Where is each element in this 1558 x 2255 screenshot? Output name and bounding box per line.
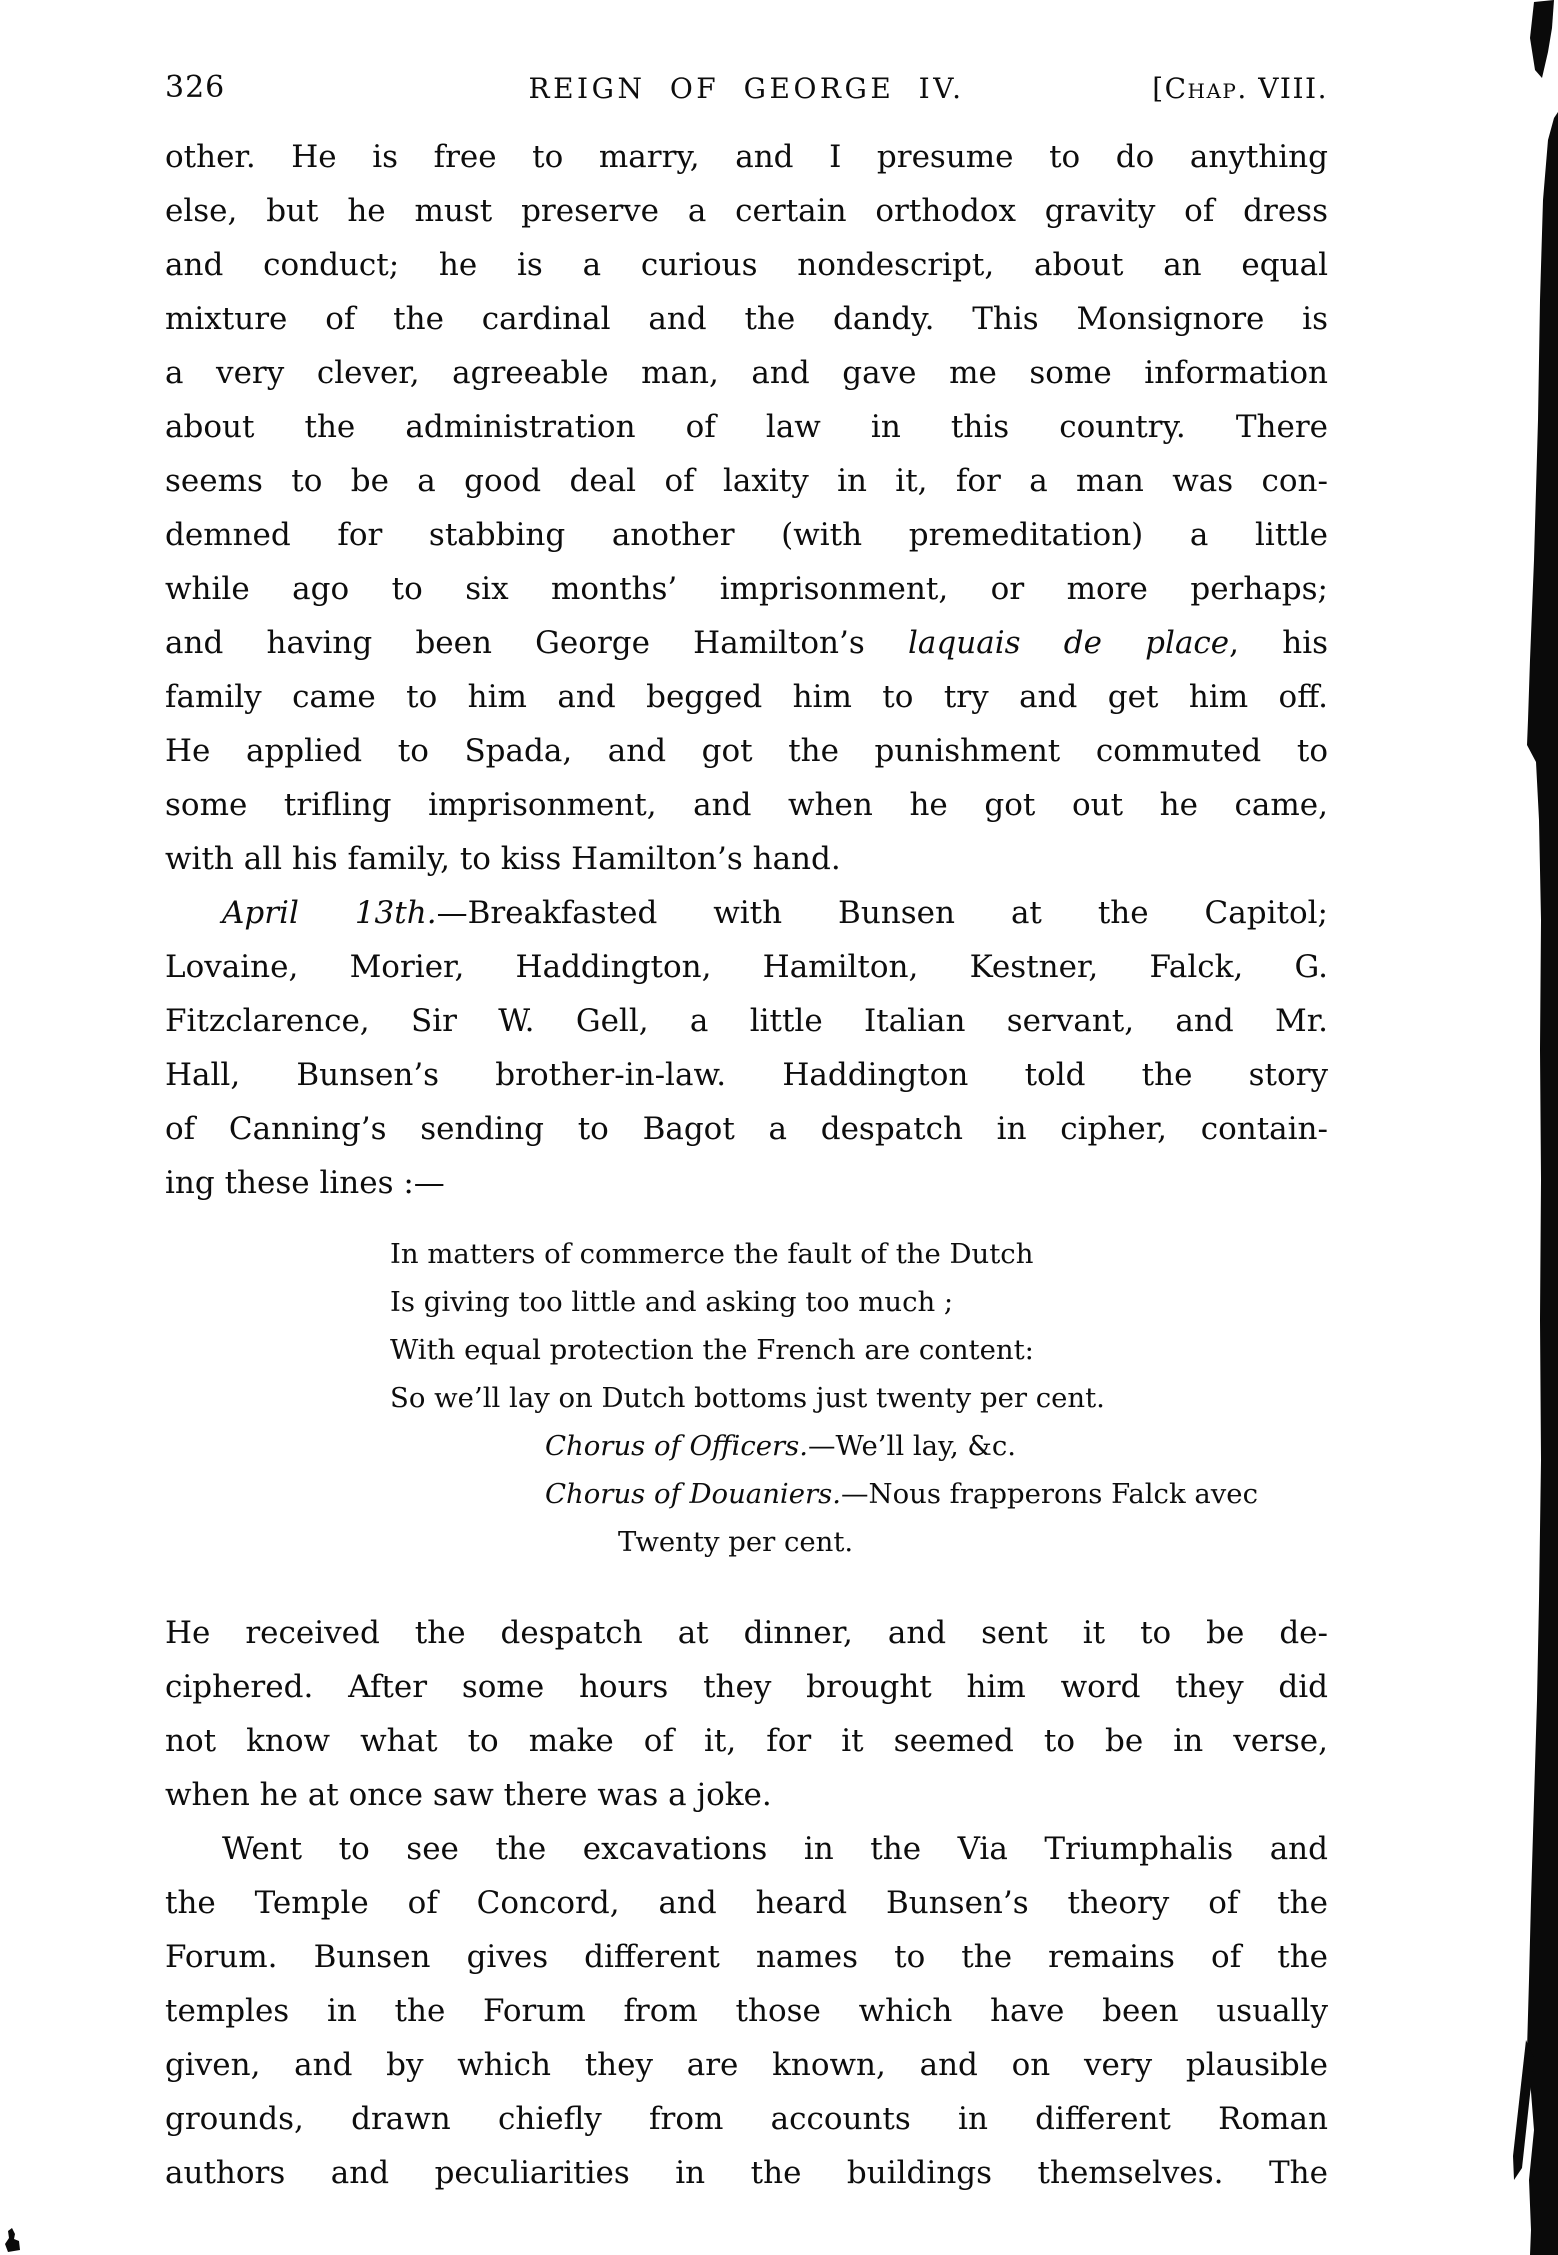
text-line: Is giving too little and asking too much… xyxy=(390,1278,1320,1326)
text-run: about the administration of law in this … xyxy=(165,409,1328,445)
text-line: and having been George Hamilton’s laquai… xyxy=(165,616,1328,670)
text-line: other. He is free to marry, and I presum… xyxy=(165,130,1328,184)
text-line: Lovaine, Morier, Haddington, Hamilton, K… xyxy=(165,940,1328,994)
text-line: and conduct; he is a curious nondescript… xyxy=(165,238,1328,292)
text-line: some trifling imprisonment, and when he … xyxy=(165,778,1328,832)
text-run: So we’ll lay on Dutch bottoms just twent… xyxy=(390,1382,1105,1414)
text-run: and conduct; he is a curious nondescript… xyxy=(165,247,1328,283)
book-page: 326 REIGN OF GEORGE IV. [Chap. VIII. oth… xyxy=(0,0,1558,2255)
text-run: ing these lines :— xyxy=(165,1165,445,1201)
text-line: seems to be a good deal of laxity in it,… xyxy=(165,454,1328,508)
text-run: —Nous frapperons Falck avec xyxy=(841,1478,1258,1510)
text-run: , his xyxy=(1229,625,1328,661)
text-line: authors and peculiarities in the buildin… xyxy=(165,2146,1328,2200)
text-line: Forum. Bunsen gives different names to t… xyxy=(165,1930,1328,1984)
text-line: the Temple of Concord, and heard Bunsen’… xyxy=(165,1876,1328,1930)
text-column: other. He is free to marry, and I presum… xyxy=(165,130,1328,2200)
text-run: Twenty per cent. xyxy=(618,1526,853,1558)
italic-text: Chorus of Officers. xyxy=(545,1430,808,1462)
text-line: grounds, drawn chiefly from accounts in … xyxy=(165,2092,1328,2146)
text-run: Lovaine, Morier, Haddington, Hamilton, K… xyxy=(165,949,1328,985)
text-run: while ago to six months’ imprisonment, o… xyxy=(165,571,1328,607)
verse-block: In matters of commerce the fault of the … xyxy=(390,1230,1320,1566)
text-line: He applied to Spada, and got the punishm… xyxy=(165,724,1328,778)
text-line: So we’ll lay on Dutch bottoms just twent… xyxy=(390,1374,1320,1422)
text-run: not know what to make of it, for it seem… xyxy=(165,1723,1328,1759)
text-run: He applied to Spada, and got the punishm… xyxy=(165,733,1328,769)
text-run: Fitzclarence, Sir W. Gell, a little Ital… xyxy=(165,1003,1328,1039)
text-run: a very clever, agreeable man, and gave m… xyxy=(165,355,1328,391)
text-run: He received the despatch at dinner, and … xyxy=(165,1615,1328,1651)
text-line: with all his family, to kiss Hamilton’s … xyxy=(165,832,1328,886)
text-run: other. He is free to marry, and I presum… xyxy=(165,139,1328,175)
text-line: Fitzclarence, Sir W. Gell, a little Ital… xyxy=(165,994,1328,1048)
text-line: given, and by which they are known, and … xyxy=(165,2038,1328,2092)
text-run: Is giving too little and asking too much… xyxy=(390,1286,953,1318)
text-run: family came to him and begged him to try… xyxy=(165,679,1328,715)
text-line: temples in the Forum from those which ha… xyxy=(165,1984,1328,2038)
text-run: when he at once saw there was a joke. xyxy=(165,1777,772,1813)
italic-text: Chorus of Douaniers. xyxy=(545,1478,841,1510)
text-run: grounds, drawn chiefly from accounts in … xyxy=(165,2101,1328,2137)
text-line: demned for stabbing another (with premed… xyxy=(165,508,1328,562)
text-line: With equal protection the French are con… xyxy=(390,1326,1320,1374)
text-line: when he at once saw there was a joke. xyxy=(165,1768,1328,1822)
text-run: of Canning’s sending to Bagot a despatch… xyxy=(165,1111,1328,1147)
text-line: April 13th.—Breakfasted with Bunsen at t… xyxy=(165,886,1328,940)
text-run: —Breakfasted with Bunsen at the Capitol; xyxy=(437,895,1328,931)
text-line: Went to see the excavations in the Via T… xyxy=(165,1822,1328,1876)
text-run: demned for stabbing another (with premed… xyxy=(165,517,1328,553)
scan-edge-artifact xyxy=(1510,0,1558,2255)
chapter-label: [Chap. VIII. xyxy=(1152,72,1328,105)
page-header: 326 REIGN OF GEORGE IV. [Chap. VIII. xyxy=(165,70,1328,110)
text-line: He received the despatch at dinner, and … xyxy=(165,1606,1328,1660)
text-line: while ago to six months’ imprisonment, o… xyxy=(165,562,1328,616)
text-run: with all his family, to kiss Hamilton’s … xyxy=(165,841,841,877)
paragraph: April 13th.—Breakfasted with Bunsen at t… xyxy=(165,886,1328,1210)
text-run: the Temple of Concord, and heard Bunsen’… xyxy=(165,1885,1328,1921)
text-run: seems to be a good deal of laxity in it,… xyxy=(165,463,1328,499)
paragraph: Went to see the excavations in the Via T… xyxy=(165,1822,1328,2200)
text-run: given, and by which they are known, and … xyxy=(165,2047,1328,2083)
text-run: temples in the Forum from those which ha… xyxy=(165,1993,1328,2029)
text-run: else, but he must preserve a certain ort… xyxy=(165,193,1328,229)
text-run: and having been George Hamilton’s xyxy=(165,625,908,661)
text-line: a very clever, agreeable man, and gave m… xyxy=(165,346,1328,400)
text-line: not know what to make of it, for it seem… xyxy=(165,1714,1328,1768)
text-line: Hall, Bunsen’s brother-in-law. Haddingto… xyxy=(165,1048,1328,1102)
italic-text: laquais de place xyxy=(908,625,1229,661)
text-run: Hall, Bunsen’s brother-in-law. Haddingto… xyxy=(165,1057,1328,1093)
text-run: authors and peculiarities in the buildin… xyxy=(165,2155,1328,2191)
ink-blot-artifact xyxy=(2,2228,32,2255)
text-line: Chorus of Douaniers.—Nous frapperons Fal… xyxy=(390,1470,1320,1518)
text-line: of Canning’s sending to Bagot a despatch… xyxy=(165,1102,1328,1156)
text-run: —We’ll lay, &c. xyxy=(808,1430,1016,1462)
text-run: Went to see the excavations in the Via T… xyxy=(222,1831,1328,1867)
text-line: Twenty per cent. xyxy=(390,1518,1320,1566)
italic-text: April 13th. xyxy=(222,895,437,931)
text-run: some trifling imprisonment, and when he … xyxy=(165,787,1328,823)
text-line: family came to him and begged him to try… xyxy=(165,670,1328,724)
text-line: ing these lines :— xyxy=(165,1156,1328,1210)
text-run: In matters of commerce the fault of the … xyxy=(390,1238,1033,1270)
text-run: Forum. Bunsen gives different names to t… xyxy=(165,1939,1328,1975)
paragraph: other. He is free to marry, and I presum… xyxy=(165,130,1328,886)
text-line: else, but he must preserve a certain ort… xyxy=(165,184,1328,238)
text-line: In matters of commerce the fault of the … xyxy=(390,1230,1320,1278)
text-run: ciphered. After some hours they brought … xyxy=(165,1669,1328,1705)
text-line: mixture of the cardinal and the dandy. T… xyxy=(165,292,1328,346)
text-line: ciphered. After some hours they brought … xyxy=(165,1660,1328,1714)
paragraph: He received the despatch at dinner, and … xyxy=(165,1606,1328,1822)
text-run: With equal protection the French are con… xyxy=(390,1334,1034,1366)
text-line: Chorus of Officers.—We’ll lay, &c. xyxy=(390,1422,1320,1470)
text-run: mixture of the cardinal and the dandy. T… xyxy=(165,301,1328,337)
text-line: about the administration of law in this … xyxy=(165,400,1328,454)
